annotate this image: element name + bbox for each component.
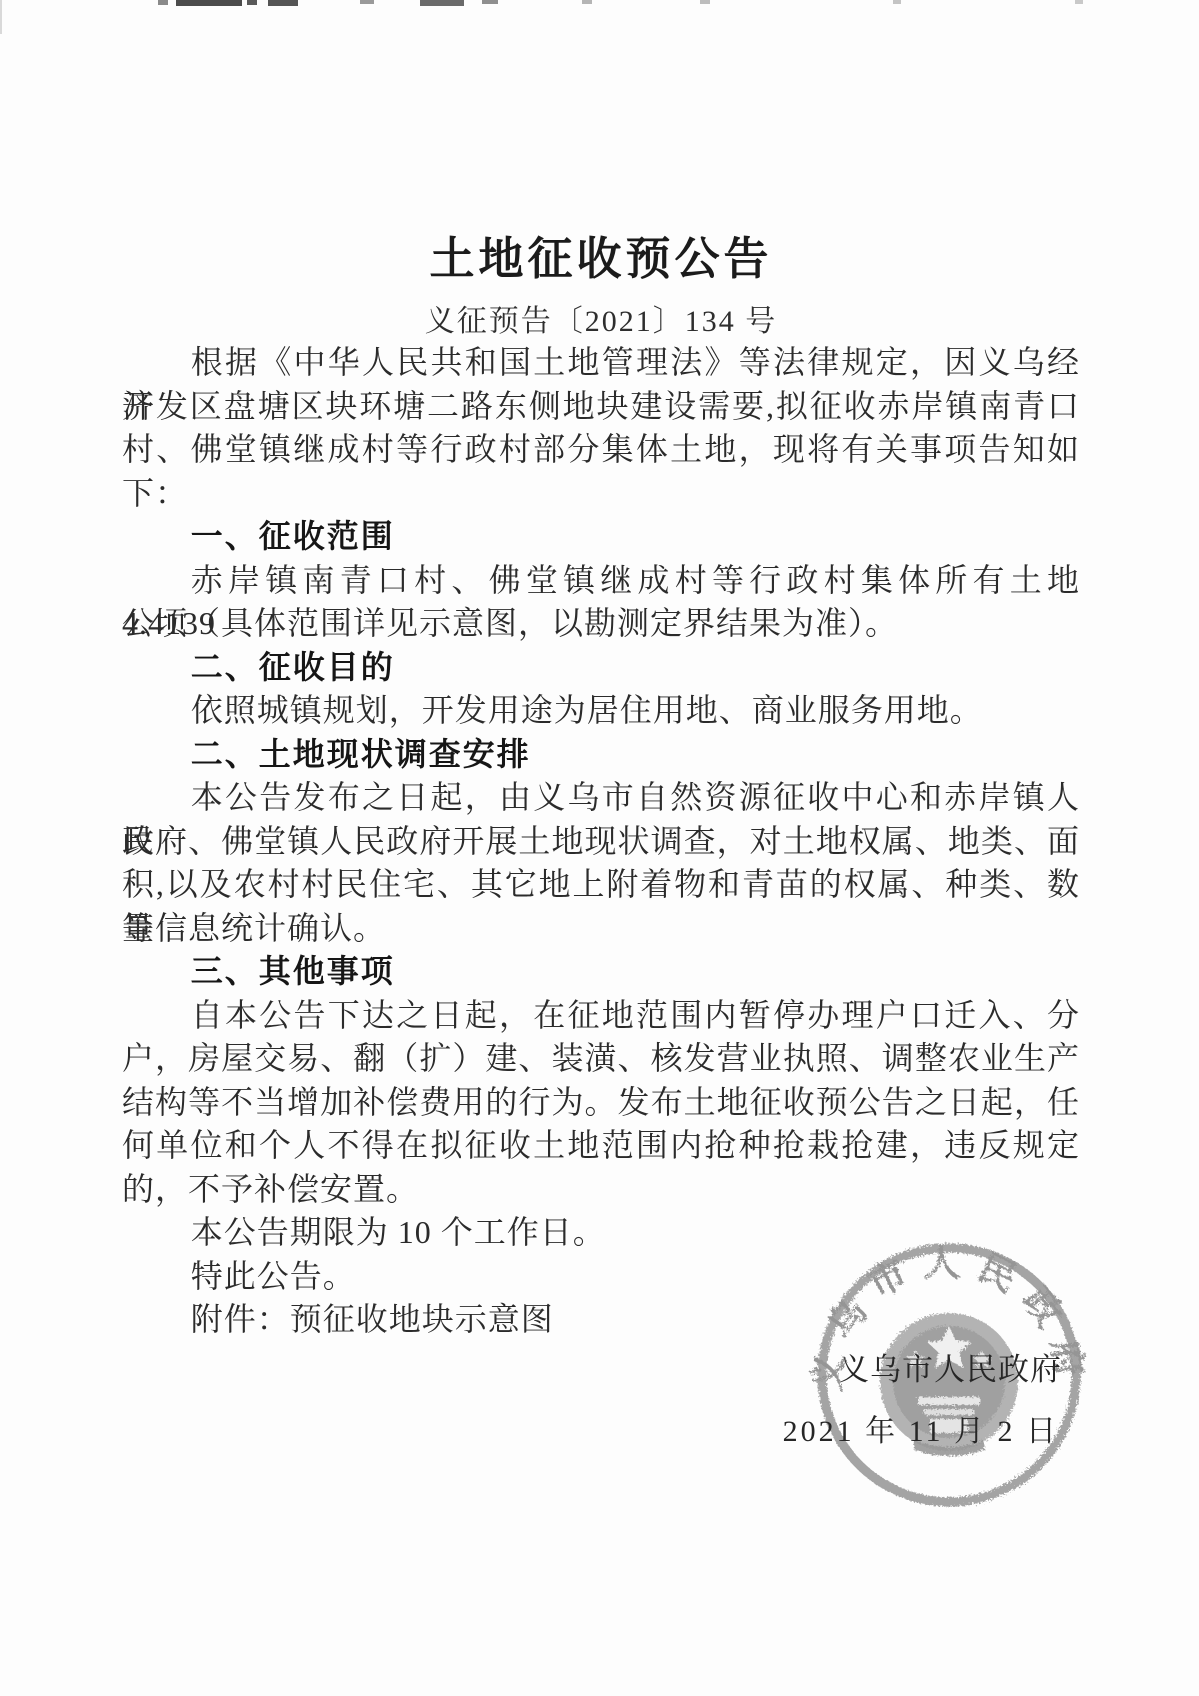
scan-artifact: [1075, 0, 1083, 4]
scan-artifact: [420, 0, 464, 6]
body-line: 本公告发布之日起，由义乌市自然资源征收中心和赤岸镇人民: [122, 776, 1080, 820]
body-line: 依照城镇规划，开发用途为居住用地、商业服务用地。: [122, 689, 1080, 733]
body-line: 下：: [122, 472, 1080, 516]
body-line: 村、佛堂镇继成村等行政村部分集体土地，现将有关事项告知如: [122, 428, 1080, 472]
body-line: 赤岸镇南青口村、佛堂镇继成村等行政村集体所有土地 4.4139: [122, 559, 1080, 603]
body-line: 开发区盘塘区块环塘二路东侧地块建设需要,拟征收赤岸镇南青口: [122, 385, 1080, 429]
scan-artifact: [360, 0, 374, 4]
body-line: 户，房屋交易、翻（扩）建、装潢、核发营业执照、调整农业生产: [122, 1037, 1080, 1081]
section-heading: 二、土地现状调查安排: [122, 733, 1080, 777]
body-line: 根据《中华人民共和国土地管理法》等法律规定，因义乌经济: [122, 341, 1080, 385]
scan-artifact: [0, 0, 2, 34]
body-line: 结构等不当增加补偿费用的行为。发布土地征收预公告之日起，任: [122, 1081, 1080, 1125]
section-heading: 一、征收范围: [122, 515, 1080, 559]
announcement-page: 土地征收预公告 义征预告〔2021〕134 号 根据《中华人民共和国土地管理法》…: [0, 0, 1199, 1696]
section-heading: 三、其他事项: [122, 950, 1080, 994]
body-line: 何单位和个人不得在拟征收土地范围内抢种抢栽抢建，违反规定: [122, 1124, 1080, 1168]
scan-artifact: [268, 0, 298, 6]
scan-artifact: [893, 0, 901, 4]
body-line: 的，不予补偿安置。: [122, 1168, 1080, 1212]
body-line: 积,以及农村村民住宅、其它地上附着物和青苗的权属、种类、数量: [122, 863, 1080, 907]
signature-text: 义乌市人民政府: [838, 1344, 1062, 1389]
scan-artifact: [176, 0, 242, 6]
signature-date: 2021 年 11 月 2 日: [783, 1406, 1059, 1450]
scan-artifact: [582, 0, 592, 4]
scan-artifact: [158, 0, 168, 5]
document-title: 土地征收预公告: [122, 222, 1080, 287]
scan-artifact: [700, 0, 710, 4]
body-line: 公顷（具体范围详见示意图，以勘测定界结果为准）。: [122, 602, 1080, 646]
scan-artifact: [247, 0, 257, 5]
body-line: 政府、佛堂镇人民政府开展土地现状调查，对土地权属、地类、面: [122, 820, 1080, 864]
page: { "page": { "background": "#fdfdfd", "te…: [0, 0, 1199, 1696]
document-body: 根据《中华人民共和国土地管理法》等法律规定，因义乌经济开发区盘塘区块环塘二路东侧…: [122, 341, 1080, 1342]
body-line: 等信息统计确认。: [122, 907, 1080, 951]
document-number: 义征预告〔2021〕134 号: [122, 296, 1080, 340]
scan-artifact: [482, 0, 498, 4]
body-line: 自本公告下达之日起，在征地范围内暂停办理户口迁入、分: [122, 994, 1080, 1038]
section-heading: 二、征收目的: [122, 646, 1080, 690]
